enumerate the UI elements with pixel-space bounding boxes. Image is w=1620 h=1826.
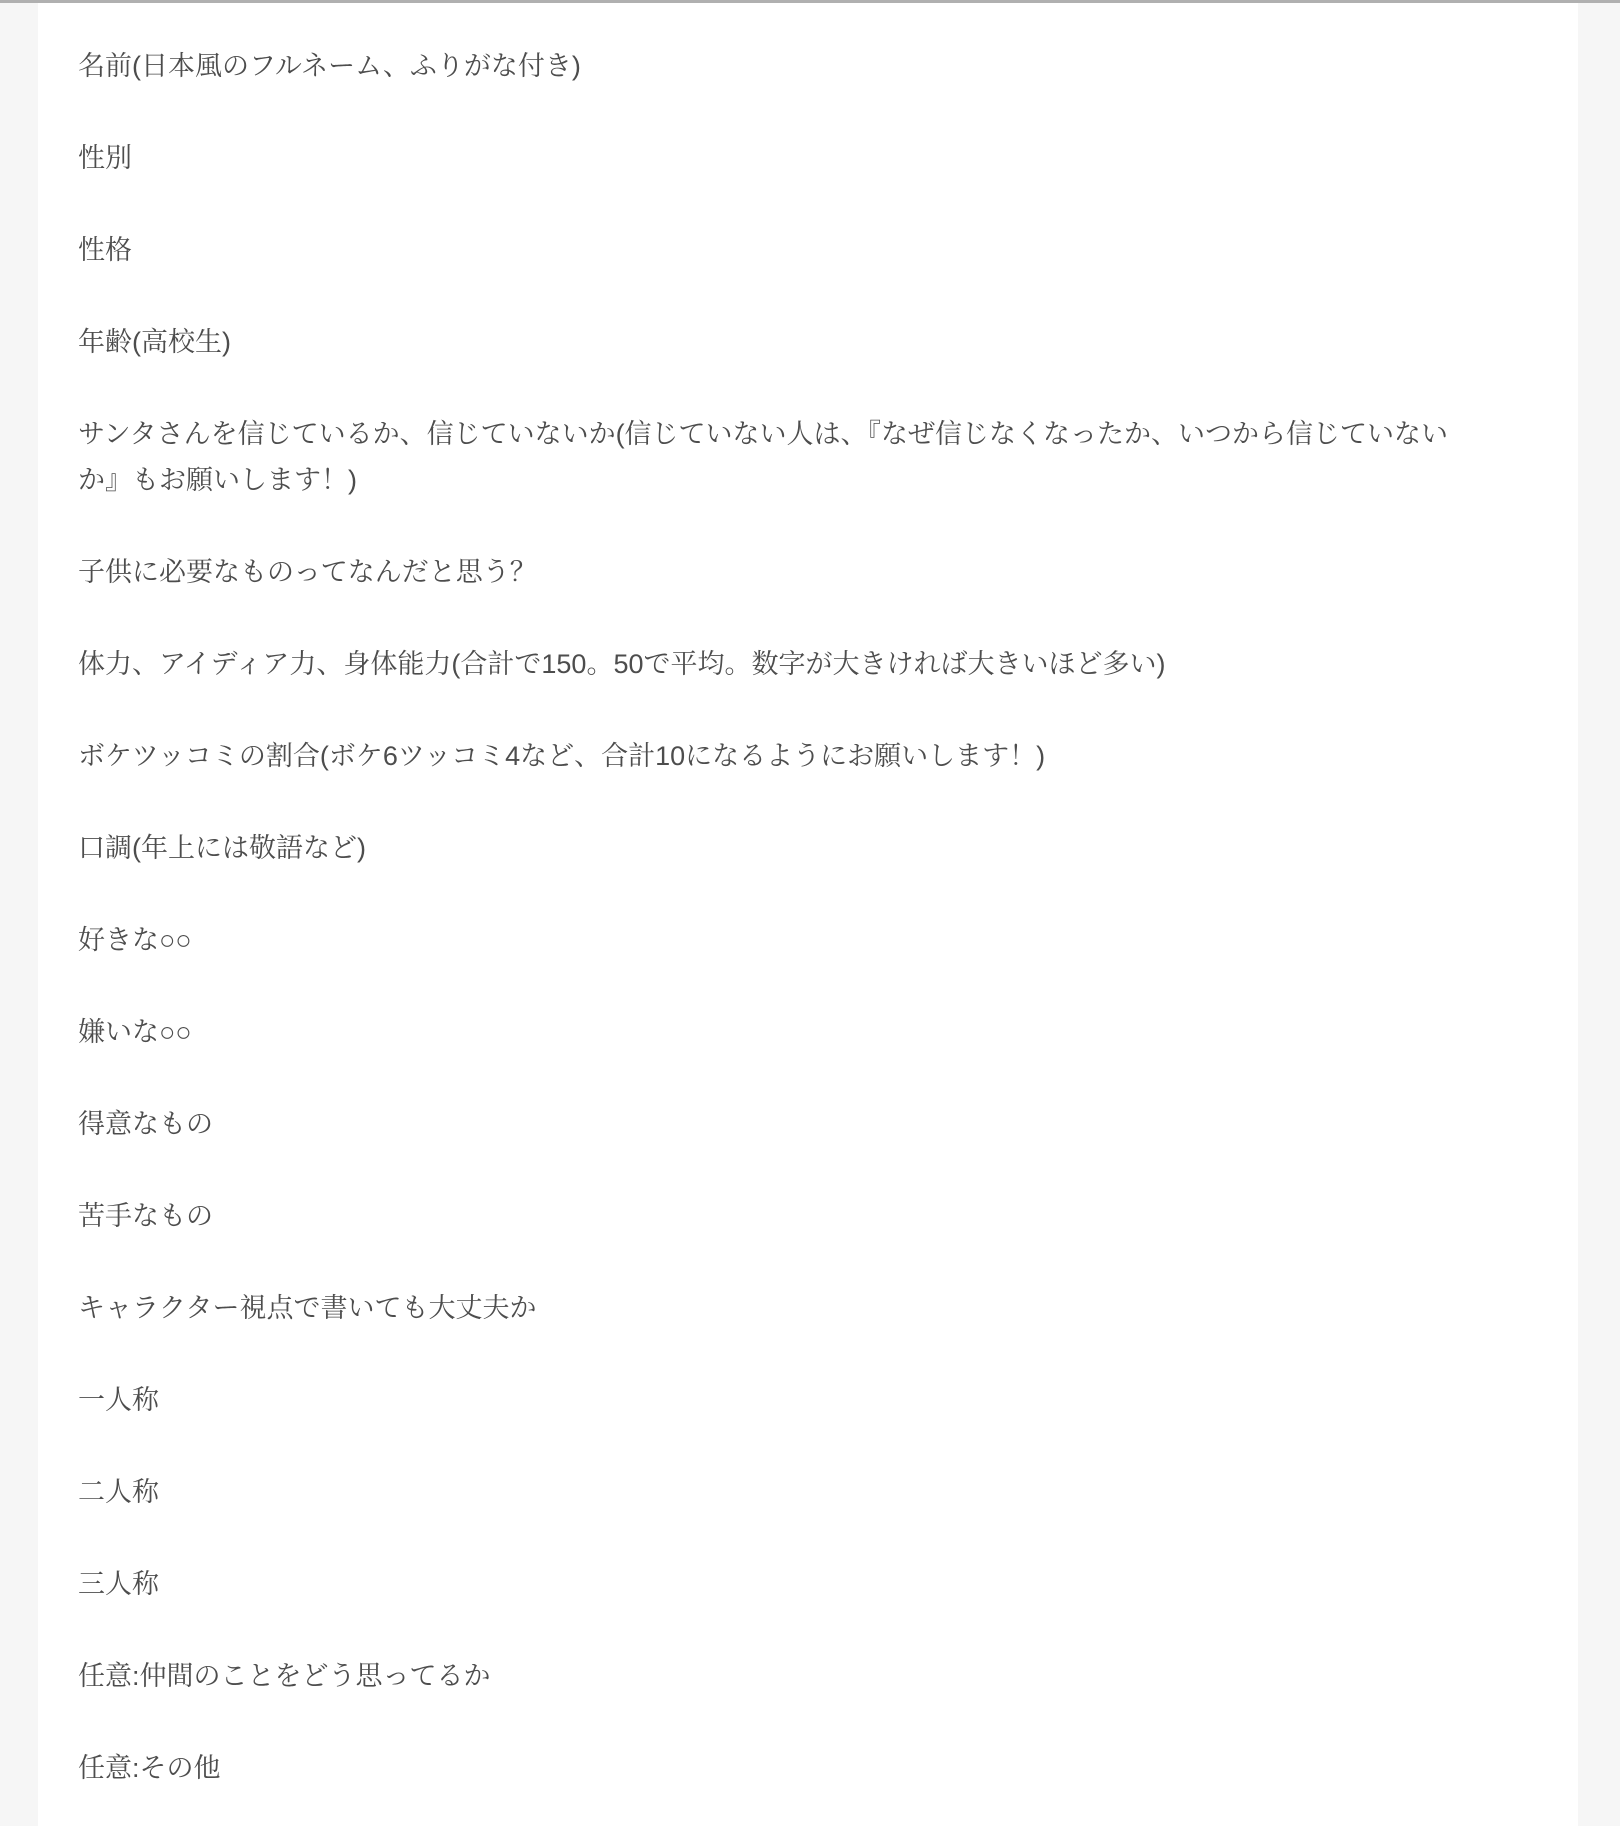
page: 名前(日本風のフルネーム、ふりがな付き)性別性格年齢(高校生)サンタさんを信じて… [38,0,1578,1826]
paragraph-19: 任意:その他 [78,1745,1488,1791]
paragraph-11: 嫌いな○○ [78,1009,1488,1055]
paragraph-3: 性格 [78,227,1488,273]
paragraph-8: ボケツッコミの割合(ボケ6ツッコミ4など、合計10になるようにお願いします！) [78,733,1488,779]
paragraph-list: 名前(日本風のフルネーム、ふりがな付き)性別性格年齢(高校生)サンタさんを信じて… [38,0,1488,1791]
paragraph-7: 体力、アイディア力、身体能力(合計で150。50で平均。数字が大きければ大きいほ… [78,641,1488,687]
paragraph-9: 口調(年上には敬語など) [78,825,1488,871]
paragraph-18: 任意:仲間のことをどう思ってるか [78,1653,1488,1699]
paragraph-14: キャラクター視点で書いても大丈夫か [78,1285,1488,1331]
paragraph-6: 子供に必要なものってなんだと思う？ [78,549,1488,595]
paragraph-15: 一人称 [78,1377,1488,1423]
paragraph-1: 名前(日本風のフルネーム、ふりがな付き) [78,43,1488,89]
paragraph-17: 三人称 [78,1561,1488,1607]
paragraph-16: 二人称 [78,1469,1488,1515]
page-top-border [0,0,1620,3]
paragraph-2: 性別 [78,135,1488,181]
paragraph-10: 好きな○○ [78,917,1488,963]
paragraph-4: 年齢(高校生) [78,319,1488,365]
paragraph-5: サンタさんを信じているか、信じていないか(信じていない人は、『なぜ信じなくなった… [78,411,1488,503]
paragraph-13: 苦手なもの [78,1193,1488,1239]
paragraph-12: 得意なもの [78,1101,1488,1147]
